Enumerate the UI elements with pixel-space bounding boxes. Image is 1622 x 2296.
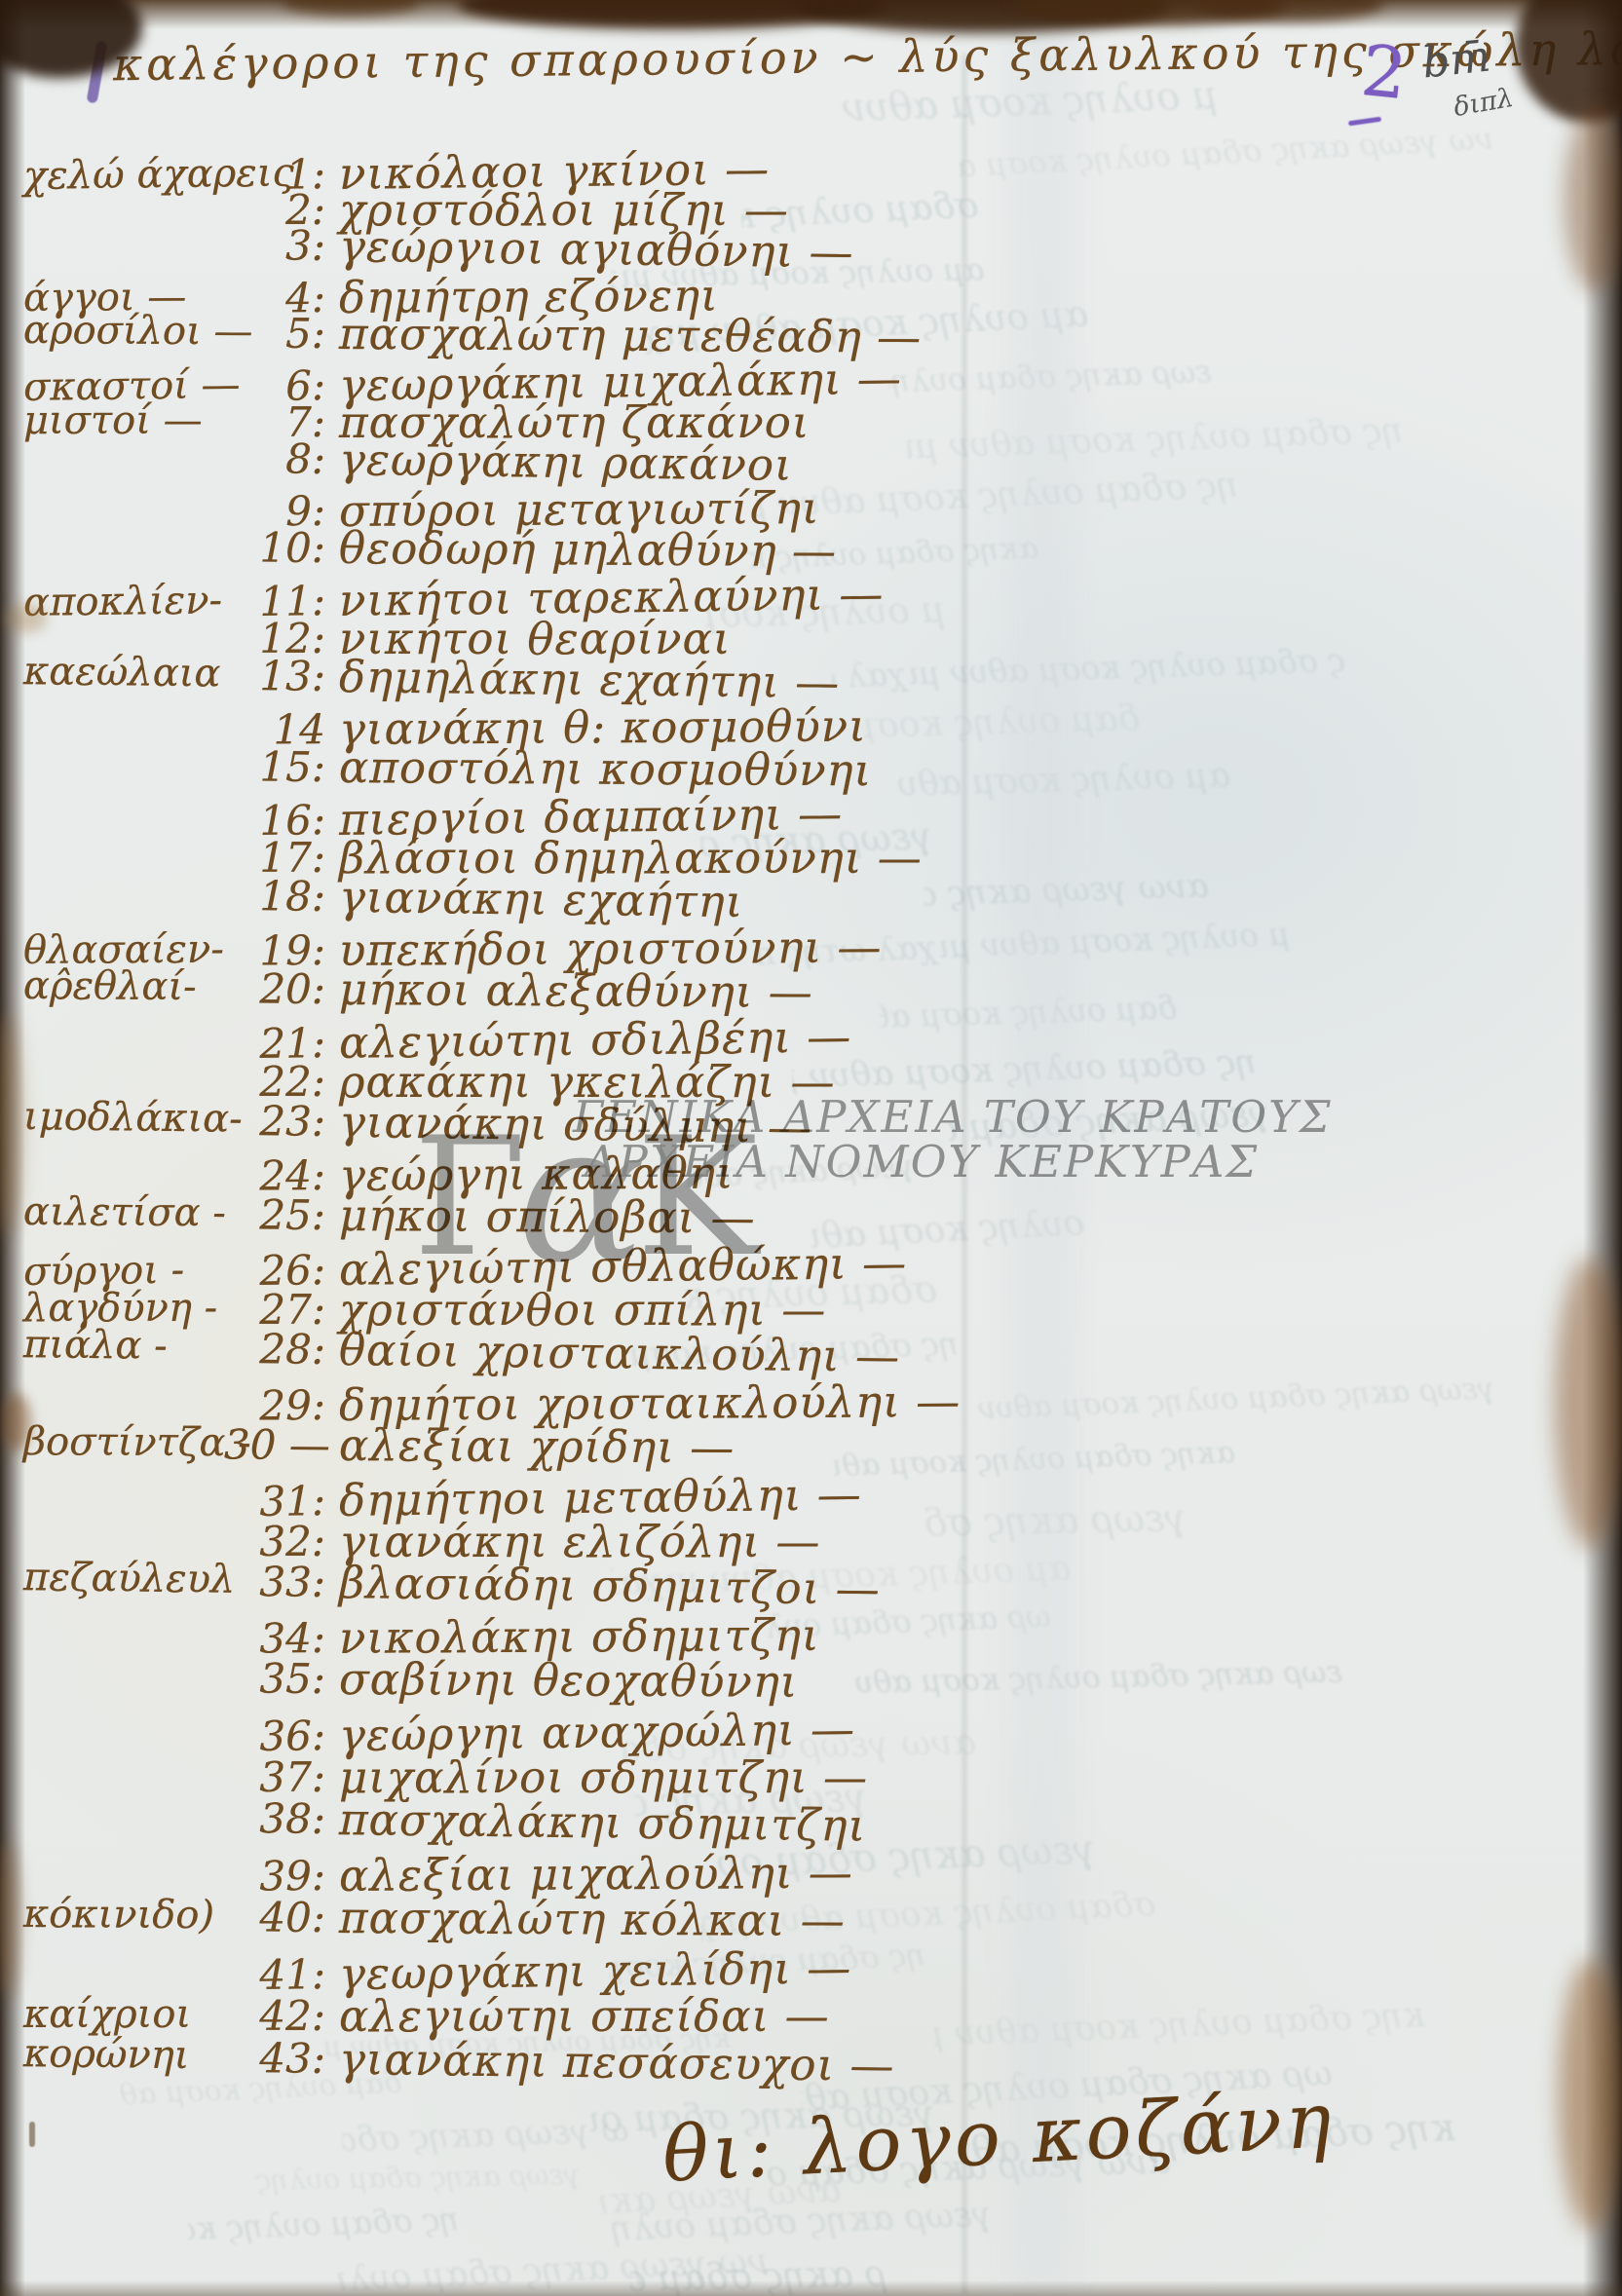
row-number: 18: [224, 872, 326, 921]
stain [283, 0, 419, 16]
folio-number-stamp: 2 [1358, 29, 1411, 115]
page-edge-bottom [0, 2280, 1622, 2296]
margin-group-label: πιάλα - [23, 1322, 168, 1369]
list-row: 41: γεωργάκηι χειλίδηι — [0, 1935, 1622, 1999]
row-name: αλεξίαι χρίδηι — [339, 1419, 736, 1473]
purple-tick-mark [87, 41, 108, 104]
list-row: κορώνηι 43: γιανάκηι πεσάσευχοι — [0, 2031, 1622, 2095]
margin-group-label: αροσίλοι — [23, 308, 253, 354]
stain [458, 0, 886, 29]
pencil-annotation: bm̄ [1420, 31, 1493, 88]
row-number: 30 — [224, 1421, 325, 1470]
margin-ink-dot [29, 2122, 35, 2147]
row-name: πασχαλάκηι σδημιτζηι [339, 1793, 867, 1852]
margin-group-label: κορώνηι [23, 2031, 190, 2078]
row-number: 35: [224, 1655, 325, 1704]
manuscript-page: μ ουλης κοσμ αθυν μιχαλ ωτης πασχ κολκ α… [0, 0, 1622, 2296]
row-name: βλασιάδηι σδημιτζοι — [339, 1557, 881, 1615]
row-name: πασχαλώτη κόλκαι — [339, 1892, 846, 1946]
row-name: μήκοι αλεξαθύνηι — [339, 963, 813, 1018]
row-number: 3: [224, 221, 326, 270]
margin-group-label: βοστίντζα - [23, 1419, 251, 1465]
row-number: 23: [224, 1096, 326, 1145]
row-name: θαίοι χρισταικλούληι — [339, 1324, 901, 1382]
list-row: 37: μιχαλίνοι σδημιτζηι — [0, 1753, 1622, 1798]
row-name: γιανάκηι εχαήτηι [339, 871, 744, 927]
margin-group-label: πεζαύλευλ [23, 1555, 236, 1602]
row-number: 33: [224, 1558, 326, 1606]
row-name: γιανάκηι πεσάσευχοι — [339, 2033, 895, 2091]
list-row: 34: νικολάκηι σδημιτζηι [0, 1606, 1622, 1661]
list-row: 39: αλεξίαι μιχαλούληι — [0, 1843, 1622, 1898]
row-number: 43: [224, 2034, 326, 2083]
row-name: γιανάκηι σδύλμηι — [339, 1096, 813, 1153]
row-name: μήκοι σπίλοβαι — [339, 1189, 756, 1244]
list-row: 32: γιανάκηι ελιζόληι — [0, 1518, 1622, 1562]
signature: θι: λογο κοζάνη [660, 2077, 1337, 2200]
row-number: 20: [224, 964, 325, 1013]
row-number: 8: [224, 434, 326, 483]
row-number: 13: [224, 651, 326, 699]
row-number: 38: [224, 1793, 326, 1842]
stain [1198, 0, 1383, 21]
margin-group-label: ιμοδλάκια- [23, 1094, 243, 1142]
pencil-annotation: διπλ [1452, 83, 1516, 123]
row-number: 40: [224, 1893, 325, 1941]
row-number: 10: [224, 524, 325, 573]
row-name: σαβίνηι θεοχαθύνηι [339, 1654, 799, 1709]
list-row: 29: δημήτοι χρισταικλούληι — [0, 1374, 1622, 1428]
margin-group-label: κόκινιδο) [23, 1892, 214, 1938]
folio-number-underline [1348, 117, 1381, 127]
row-number: 5: [224, 310, 325, 358]
margin-group-label: καεώλαια [23, 649, 221, 696]
margin-group-label: αρ̂εθλαί- [23, 963, 197, 1009]
row-name: δημηλάκηι εχαήτηι — [339, 651, 841, 708]
row-number: 25: [224, 1190, 325, 1239]
list-row: καίχριοι 42: αλεγιώτηι σπείδαι — [0, 1992, 1622, 2037]
margin-group-label: αιλετίσα - [23, 1189, 226, 1235]
row-number: 28: [224, 1325, 326, 1374]
row-number: 15: [224, 742, 325, 791]
